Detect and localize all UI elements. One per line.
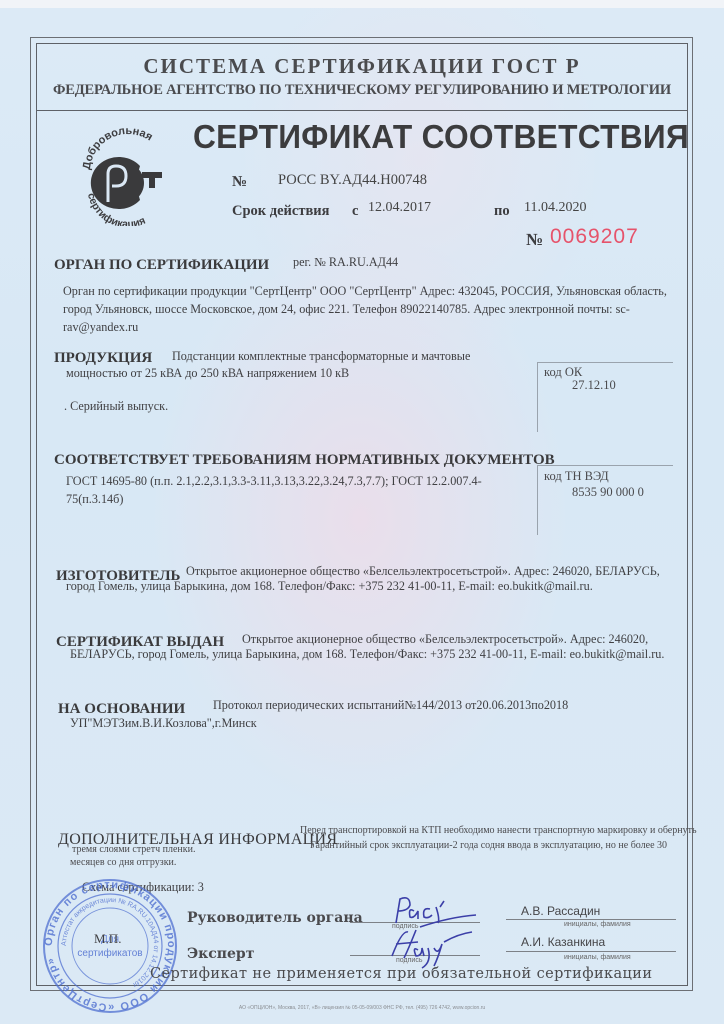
valid-from-label: с <box>352 203 358 220</box>
expert-label: Эксперт <box>187 946 254 962</box>
issued-to-line-2: БЕЛАРУСЬ, город Гомель, улица Барыкина, … <box>70 645 664 663</box>
additional-line-2: тремя слоями стретч пленки. <box>72 844 196 855</box>
conformity-heading: СООТВЕТСТВУЕТ ТРЕБОВАНИЯМ НОРМАТИВНЫХ ДО… <box>54 452 555 469</box>
head-name-line <box>506 919 676 920</box>
tnved-code-box: код ТН ВЭД 8535 90 000 0 <box>537 465 673 535</box>
manufacturer-line-2: город Гомель, улица Барыкина, дом 168. Т… <box>66 577 593 595</box>
head-name-caption: инициалы, фамилия <box>564 921 631 928</box>
certification-body-line-3: rav@yandex.ru <box>63 318 138 336</box>
expert-name: А.И. Казанкина <box>521 935 605 949</box>
head-name: А.В. Рассадин <box>521 904 600 918</box>
basis-line-2: УП"МЭТЗим.В.И.Козлова",г.Минск <box>70 714 257 732</box>
valid-to-label: по <box>494 203 510 220</box>
blank-number: 0069207 <box>550 225 639 249</box>
additional-line-3: Гарантийный срок эксплуатации-2 года сод… <box>310 840 667 851</box>
additional-line-1: Перед транспортировкой на КТП необходимо… <box>300 825 697 836</box>
certification-body-line-1: Орган по сертификации продукции "СертЦен… <box>63 282 667 300</box>
number-sign: № <box>232 174 247 191</box>
certification-body-reg: рег. № RA.RU.АД44 <box>293 253 398 271</box>
certification-body-heading: ОРГАН ПО СЕРТИФИКАЦИИ <box>54 257 269 274</box>
printer-imprint: АО «ОПЦИОН», Москва, 2017, «В» лицензия … <box>0 1005 724 1011</box>
agency-title: ФЕДЕРАЛЬНОЕ АГЕНТСТВО ПО ТЕХНИЧЕСКОМУ РЕ… <box>36 82 688 99</box>
ok-code-box: код ОК 27.12.10 <box>537 362 673 432</box>
tnved-code-value: 8535 90 000 0 <box>572 485 644 500</box>
header-separator <box>36 110 688 111</box>
system-title: СИСТЕМА СЕРТИФИКАЦИИ ГОСТ Р <box>0 54 724 79</box>
stamp-center-bottom: сертификатов <box>77 947 142 959</box>
footer-note: Сертификат не применяется при обязательн… <box>150 966 652 982</box>
valid-from-date: 12.04.2017 <box>368 200 431 216</box>
additional-line-4: месяцев со дня отгрузки. <box>70 857 176 868</box>
seal-label: М.П. <box>94 930 121 948</box>
product-line-3: . Серийный выпуск. <box>64 397 168 415</box>
expert-signature-icon <box>382 926 482 970</box>
ok-code-value: 27.12.10 <box>572 378 616 393</box>
blank-number-sign: № <box>526 230 543 250</box>
conformity-line-1: ГОСТ 14695-80 (п.п. 2.1,2.2,3.1,3.3-3.11… <box>66 472 482 490</box>
rst-logo-icon: Добровольная сертификация <box>76 126 176 226</box>
tnved-code-label: код ТН ВЭД <box>544 469 609 484</box>
certificate-number: РОСС BY.АД44.Н00748 <box>278 172 427 189</box>
paper-edge <box>0 0 724 8</box>
valid-to-date: 11.04.2020 <box>524 200 586 216</box>
certification-body-line-2: город Ульяновск, шоссе Московское, дом 2… <box>63 300 630 318</box>
basis-line-1: Протокол периодических испытаний№144/201… <box>213 696 568 714</box>
product-line-1: Подстанции комплектные трансформаторные … <box>172 347 470 365</box>
product-line-2: мощностью от 25 кВА до 250 кВА напряжени… <box>66 364 349 382</box>
certificate-title: СЕРТИФИКАТ СООТВЕТСТВИЯ <box>193 118 689 156</box>
expert-name-line <box>506 951 676 952</box>
expert-name-caption: инициалы, фамилия <box>564 954 631 961</box>
head-of-body-label: Руководитель органа <box>187 910 363 926</box>
validity-label: Срок действия <box>232 203 329 220</box>
conformity-line-2: 75(п.3.14б) <box>66 490 123 508</box>
